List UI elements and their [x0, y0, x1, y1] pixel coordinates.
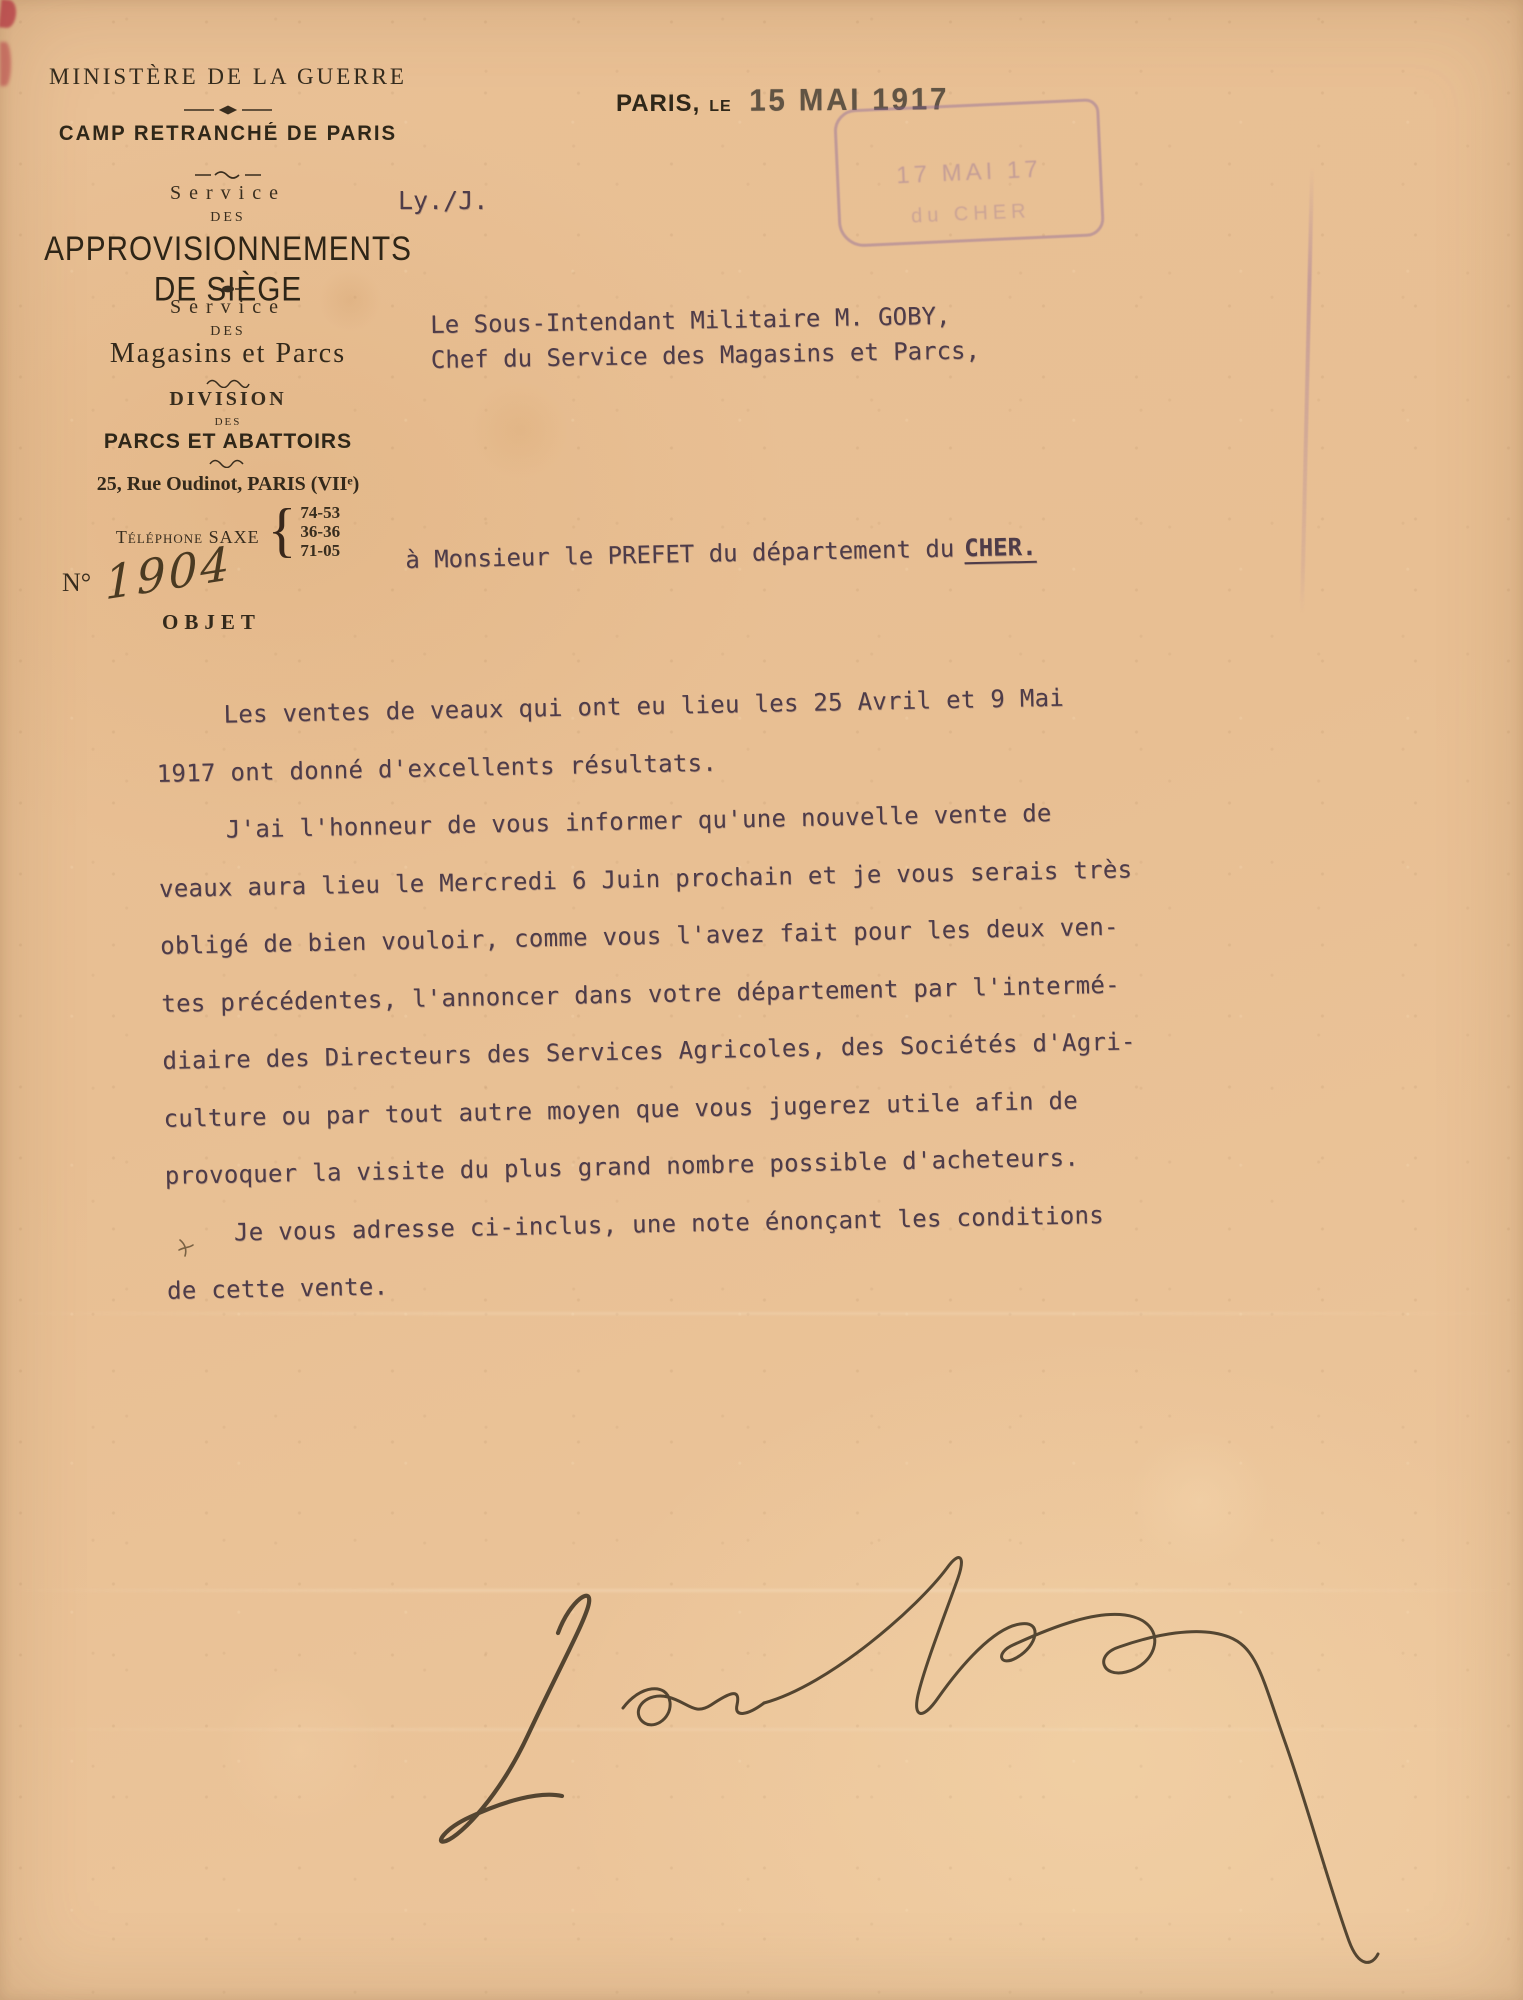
recipient-line: à Monsieur le PREFET du département duCH… [405, 533, 1037, 574]
stamp-ink-streak [1300, 168, 1314, 613]
phone-number: 71-05 [300, 541, 340, 560]
letter-page: MINISTÈRE DE LA GUERRE CAMP RETRANCHÉ DE… [0, 0, 1523, 2000]
address-line: 25, Rue Oudinot, PARIS (VIIᵉ) [28, 473, 428, 496]
sender-block: Le Sous-Intendant Militaire M. GOBY, Che… [430, 298, 980, 378]
typed-reference: Ly./J. [398, 186, 488, 215]
parcs-abattoirs-title: PARCS ET ABATTOIRS [28, 430, 428, 454]
le-label: LE [709, 98, 731, 115]
phone-number: 74-53 [300, 503, 340, 522]
red-edge-mark [0, 0, 17, 29]
phone-numbers: 74-53 36-36 71-05 [300, 501, 340, 560]
city-label: PARIS, [616, 90, 700, 117]
numero-label: N° [62, 568, 91, 598]
phone-number: 36-36 [300, 522, 340, 541]
place-date-label: PARIS,LE [616, 90, 732, 118]
ornament-rule-icon [28, 170, 428, 180]
objet-label: OBJET [162, 610, 261, 635]
service-label: Service [28, 296, 428, 319]
brace-icon: { [260, 500, 301, 560]
receipt-stamp-date: 17 MAI 17 [838, 153, 1099, 193]
wavy-rule-icon [28, 378, 428, 388]
division-label: DIVISION [28, 388, 428, 411]
des-label: DES [28, 416, 428, 428]
ornament-icon [28, 284, 428, 294]
ornament-rule-icon [28, 104, 428, 116]
service-label: Service [28, 182, 428, 205]
ink-mark [176, 1236, 196, 1265]
magasins-title: Magasins et Parcs [28, 338, 428, 370]
signature [410, 1545, 1520, 1995]
wavy-rule-icon [28, 458, 428, 468]
prefecture-receipt-stamp: 17 MAI 17 du CHER [833, 98, 1105, 248]
des-label: DES [28, 210, 428, 226]
letter-body: Les ventes de veaux qui ont eu lieu les … [155, 668, 1141, 1320]
red-edge-mark [0, 42, 11, 86]
recipient-prefix: à Monsieur le PREFET du département du [405, 535, 955, 574]
receipt-stamp-department: du CHER [840, 197, 1101, 232]
recipient-department: CHER. [964, 533, 1037, 563]
camp-title: CAMP RETRANCHÉ DE PARIS [34, 122, 422, 146]
ministry-title: MINISTÈRE DE LA GUERRE [28, 64, 428, 90]
